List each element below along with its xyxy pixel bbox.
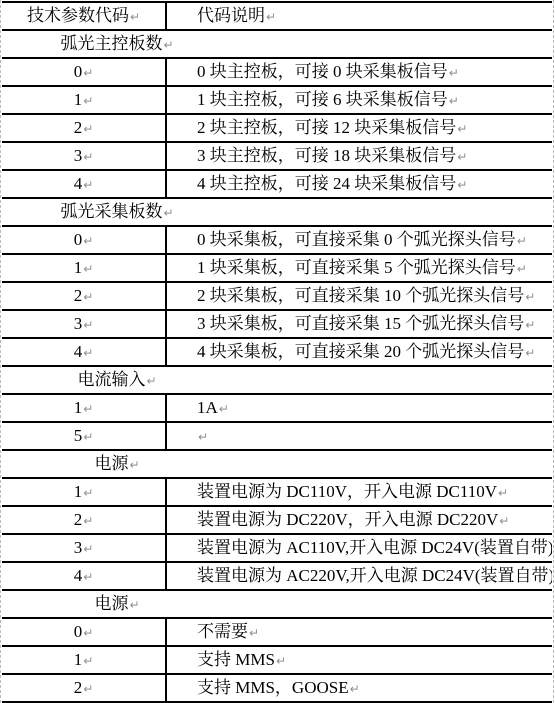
pilcrow-mark: ↵ <box>146 374 156 388</box>
description-text: 1 块采集板，可直接采集 5 个弧光探头信号 <box>197 258 516 277</box>
description-cell: 0 块主控板，可接 0 块采集板信号↵ <box>167 59 552 85</box>
pilcrow-mark: ↵ <box>83 626 93 640</box>
code-text: 4 <box>74 566 83 585</box>
pilcrow-mark: ↵ <box>163 206 173 220</box>
description-text: 不需要 <box>197 622 248 641</box>
description-cell: 支持 MMS↵ <box>167 647 552 673</box>
description-cell: 支持 MMS，GOOSE↵ <box>167 675 552 701</box>
description-cell: 不需要↵ <box>167 619 552 645</box>
description-text: 4 块主控板，可接 24 块采集板信号 <box>197 174 456 193</box>
header-description-label: 代码说明 <box>197 6 265 25</box>
pilcrow-mark: ↵ <box>83 402 93 416</box>
code-cell: 5↵ <box>2 423 167 449</box>
pilcrow-mark: ↵ <box>498 486 508 500</box>
section-title-cell: 弧光主控板数↵ <box>2 31 232 57</box>
description-text: 4 块采集板，可直接采集 20 个弧光探头信号 <box>197 342 524 361</box>
code-cell: 4↵ <box>2 563 167 589</box>
pilcrow-mark: ↵ <box>457 178 467 192</box>
pilcrow-mark: ↵ <box>83 178 93 192</box>
pilcrow-mark: ↵ <box>83 150 93 164</box>
description-cell: 2 块采集板，可直接采集 10 个弧光探头信号↵ <box>167 283 552 309</box>
pilcrow-mark: ↵ <box>163 38 173 52</box>
description-text: 0 块采集板，可直接采集 0 个弧光探头信号 <box>197 230 516 249</box>
code-text: 1 <box>74 90 83 109</box>
code-cell: 3↵ <box>2 311 167 337</box>
description-text: 装置电源为 AC220V,开入电源 DC24V(装置自带) <box>197 566 552 585</box>
description-text: 支持 MMS，GOOSE <box>197 678 349 697</box>
code-text: 3 <box>74 314 83 333</box>
code-text: 0 <box>74 622 83 641</box>
pilcrow-mark: ↵ <box>83 486 93 500</box>
text-boundary-right <box>553 0 554 703</box>
description-text: 3 块主控板，可接 18 块采集板信号 <box>197 146 456 165</box>
section-title: 弧光采集板数 <box>60 202 162 221</box>
description-text: 0 块主控板，可接 0 块采集板信号 <box>197 62 448 81</box>
code-text: 3 <box>74 146 83 165</box>
code-text: 4 <box>74 174 83 193</box>
table-row: 4↵ 4 块采集板，可直接采集 20 个弧光探头信号↵ <box>2 339 552 367</box>
description-text: 3 块采集板，可直接采集 15 个弧光探头信号 <box>197 314 524 333</box>
section-title: 电源 <box>94 454 128 473</box>
table-row: 1↵ 1A↵ <box>2 395 552 423</box>
table-row: 1↵ 支持 MMS↵ <box>2 647 552 675</box>
table-row: 3↵ 装置电源为 AC110V,开入电源 DC24V(装置自带)↵ <box>2 535 552 563</box>
code-text: 2 <box>74 118 83 137</box>
section-row: 电流输入↵ <box>2 367 552 395</box>
section-title: 电源 <box>94 594 128 613</box>
pilcrow-mark: ↵ <box>499 514 509 528</box>
code-cell: 1↵ <box>2 255 167 281</box>
description-text: 1A <box>197 398 218 417</box>
description-text: 装置电源为 AC110V,开入电源 DC24V(装置自带) <box>197 538 552 557</box>
code-cell: 0↵ <box>2 227 167 253</box>
section-title: 弧光主控板数 <box>60 34 162 53</box>
pilcrow-mark: ↵ <box>266 10 276 24</box>
technical-parameters-table: 技术参数代码↵ 代码说明↵ 弧光主控板数↵ 0↵ 0 块主控板，可接 0 块采集… <box>2 1 552 703</box>
header-code-cell: 技术参数代码↵ <box>2 3 167 29</box>
code-cell: 0↵ <box>2 619 167 645</box>
code-cell: 2↵ <box>2 115 167 141</box>
pilcrow-mark: ↵ <box>130 10 140 24</box>
pilcrow-mark: ↵ <box>129 598 139 612</box>
description-cell: 1 块主控板，可接 6 块采集板信号↵ <box>167 87 552 113</box>
table-row: 2↵ 装置电源为 DC220V，开入电源 DC220V↵ <box>2 507 552 535</box>
code-text: 1 <box>74 482 83 501</box>
pilcrow-mark: ↵ <box>83 346 93 360</box>
description-cell: 1A↵ <box>167 395 552 421</box>
pilcrow-mark: ↵ <box>525 318 535 332</box>
pilcrow-mark: ↵ <box>83 122 93 136</box>
document-page: { "marks": { "pilcrow": "↵" }, "colors":… <box>0 0 555 703</box>
pilcrow-mark: ↵ <box>198 430 208 444</box>
pilcrow-mark: ↵ <box>219 402 229 416</box>
section-title-cell: 电源↵ <box>2 451 232 477</box>
description-cell: 装置电源为 DC220V，开入电源 DC220V↵ <box>167 507 552 533</box>
description-cell: 0 块采集板，可直接采集 0 个弧光探头信号↵ <box>167 227 552 253</box>
table-row: 3↵ 3 块主控板，可接 18 块采集板信号↵ <box>2 143 552 171</box>
code-text: 4 <box>74 342 83 361</box>
code-text: 1 <box>74 650 83 669</box>
code-text: 1 <box>74 258 83 277</box>
section-title-cell: 电流输入↵ <box>2 367 232 393</box>
table-row: 2↵ 支持 MMS，GOOSE↵ <box>2 675 552 703</box>
description-cell: 3 块采集板，可直接采集 15 个弧光探头信号↵ <box>167 311 552 337</box>
description-text: 1 块主控板，可接 6 块采集板信号 <box>197 90 448 109</box>
code-cell: 2↵ <box>2 507 167 533</box>
description-text: 装置电源为 DC220V，开入电源 DC220V <box>197 510 498 529</box>
table-row: 0↵ 0 块主控板，可接 0 块采集板信号↵ <box>2 59 552 87</box>
table-row: 2↵ 2 块采集板，可直接采集 10 个弧光探头信号↵ <box>2 283 552 311</box>
pilcrow-mark: ↵ <box>449 66 459 80</box>
code-text: 3 <box>74 538 83 557</box>
pilcrow-mark: ↵ <box>276 654 286 668</box>
pilcrow-mark: ↵ <box>525 346 535 360</box>
pilcrow-mark: ↵ <box>83 514 93 528</box>
table-row: 1↵ 1 块采集板，可直接采集 5 个弧光探头信号↵ <box>2 255 552 283</box>
pilcrow-mark: ↵ <box>83 290 93 304</box>
code-text: 2 <box>74 678 83 697</box>
pilcrow-mark: ↵ <box>83 94 93 108</box>
code-text: 0 <box>74 62 83 81</box>
pilcrow-mark: ↵ <box>83 262 93 276</box>
description-cell: 1 块采集板，可直接采集 5 个弧光探头信号↵ <box>167 255 552 281</box>
code-text: 5 <box>74 426 83 445</box>
table-row: 3↵ 3 块采集板，可直接采集 15 个弧光探头信号↵ <box>2 311 552 339</box>
pilcrow-mark: ↵ <box>83 430 93 444</box>
table-row: 2↵ 2 块主控板，可接 12 块采集板信号↵ <box>2 115 552 143</box>
table-row: 5↵ ↵ <box>2 423 552 451</box>
pilcrow-mark: ↵ <box>83 318 93 332</box>
code-cell: 2↵ <box>2 283 167 309</box>
pilcrow-mark: ↵ <box>83 66 93 80</box>
description-cell: 4 块主控板，可接 24 块采集板信号↵ <box>167 171 552 197</box>
pilcrow-mark: ↵ <box>249 626 259 640</box>
pilcrow-mark: ↵ <box>83 654 93 668</box>
description-cell: 3 块主控板，可接 18 块采集板信号↵ <box>167 143 552 169</box>
header-code-label: 技术参数代码 <box>27 6 129 25</box>
table-row: 0↵ 0 块采集板，可直接采集 0 个弧光探头信号↵ <box>2 227 552 255</box>
code-cell: 3↵ <box>2 143 167 169</box>
pilcrow-mark: ↵ <box>457 122 467 136</box>
table-row: 4↵ 4 块主控板，可接 24 块采集板信号↵ <box>2 171 552 199</box>
pilcrow-mark: ↵ <box>517 262 527 276</box>
pilcrow-mark: ↵ <box>83 682 93 696</box>
table-row: 1↵ 1 块主控板，可接 6 块采集板信号↵ <box>2 87 552 115</box>
section-title-cell: 电源↵ <box>2 591 232 617</box>
section-row: 电源↵ <box>2 591 552 619</box>
description-text: 装置电源为 DC110V，开入电源 DC110V <box>197 482 497 501</box>
description-cell: 4 块采集板，可直接采集 20 个弧光探头信号↵ <box>167 339 552 365</box>
header-description-cell: 代码说明↵ <box>167 3 552 29</box>
pilcrow-mark: ↵ <box>525 290 535 304</box>
table-row: 0↵ 不需要↵ <box>2 619 552 647</box>
pilcrow-mark: ↵ <box>457 150 467 164</box>
code-cell: 1↵ <box>2 87 167 113</box>
description-cell: 2 块主控板，可接 12 块采集板信号↵ <box>167 115 552 141</box>
code-cell: 1↵ <box>2 479 167 505</box>
code-cell: 3↵ <box>2 535 167 561</box>
pilcrow-mark: ↵ <box>83 234 93 248</box>
section-row: 弧光主控板数↵ <box>2 31 552 59</box>
section-row: 电源↵ <box>2 451 552 479</box>
description-cell: 装置电源为 AC220V,开入电源 DC24V(装置自带)↵ <box>167 563 552 589</box>
pilcrow-mark: ↵ <box>449 94 459 108</box>
code-cell: 4↵ <box>2 171 167 197</box>
pilcrow-mark: ↵ <box>83 542 93 556</box>
code-cell: 1↵ <box>2 647 167 673</box>
code-cell: 0↵ <box>2 59 167 85</box>
table-row: 1↵ 装置电源为 DC110V，开入电源 DC110V↵ <box>2 479 552 507</box>
code-cell: 1↵ <box>2 395 167 421</box>
table-row: 4↵ 装置电源为 AC220V,开入电源 DC24V(装置自带)↵ <box>2 563 552 591</box>
code-cell: 4↵ <box>2 339 167 365</box>
section-title: 电流输入 <box>77 370 145 389</box>
pilcrow-mark: ↵ <box>350 682 360 696</box>
description-cell: 装置电源为 AC110V,开入电源 DC24V(装置自带)↵ <box>167 535 552 561</box>
description-cell: 装置电源为 DC110V，开入电源 DC110V↵ <box>167 479 552 505</box>
section-row: 弧光采集板数↵ <box>2 199 552 227</box>
code-text: 2 <box>74 286 83 305</box>
pilcrow-mark: ↵ <box>129 458 139 472</box>
description-cell: ↵ <box>167 423 552 449</box>
pilcrow-mark: ↵ <box>517 234 527 248</box>
pilcrow-mark: ↵ <box>83 570 93 584</box>
code-cell: 2↵ <box>2 675 167 701</box>
section-title-cell: 弧光采集板数↵ <box>2 199 232 225</box>
text-boundary-left <box>0 0 1 703</box>
description-text: 支持 MMS <box>197 650 275 669</box>
code-text: 2 <box>74 510 83 529</box>
code-text: 0 <box>74 230 83 249</box>
code-text: 1 <box>74 398 83 417</box>
description-text: 2 块主控板，可接 12 块采集板信号 <box>197 118 456 137</box>
description-text: 2 块采集板，可直接采集 10 个弧光探头信号 <box>197 286 524 305</box>
table-header-row: 技术参数代码↵ 代码说明↵ <box>2 3 552 31</box>
